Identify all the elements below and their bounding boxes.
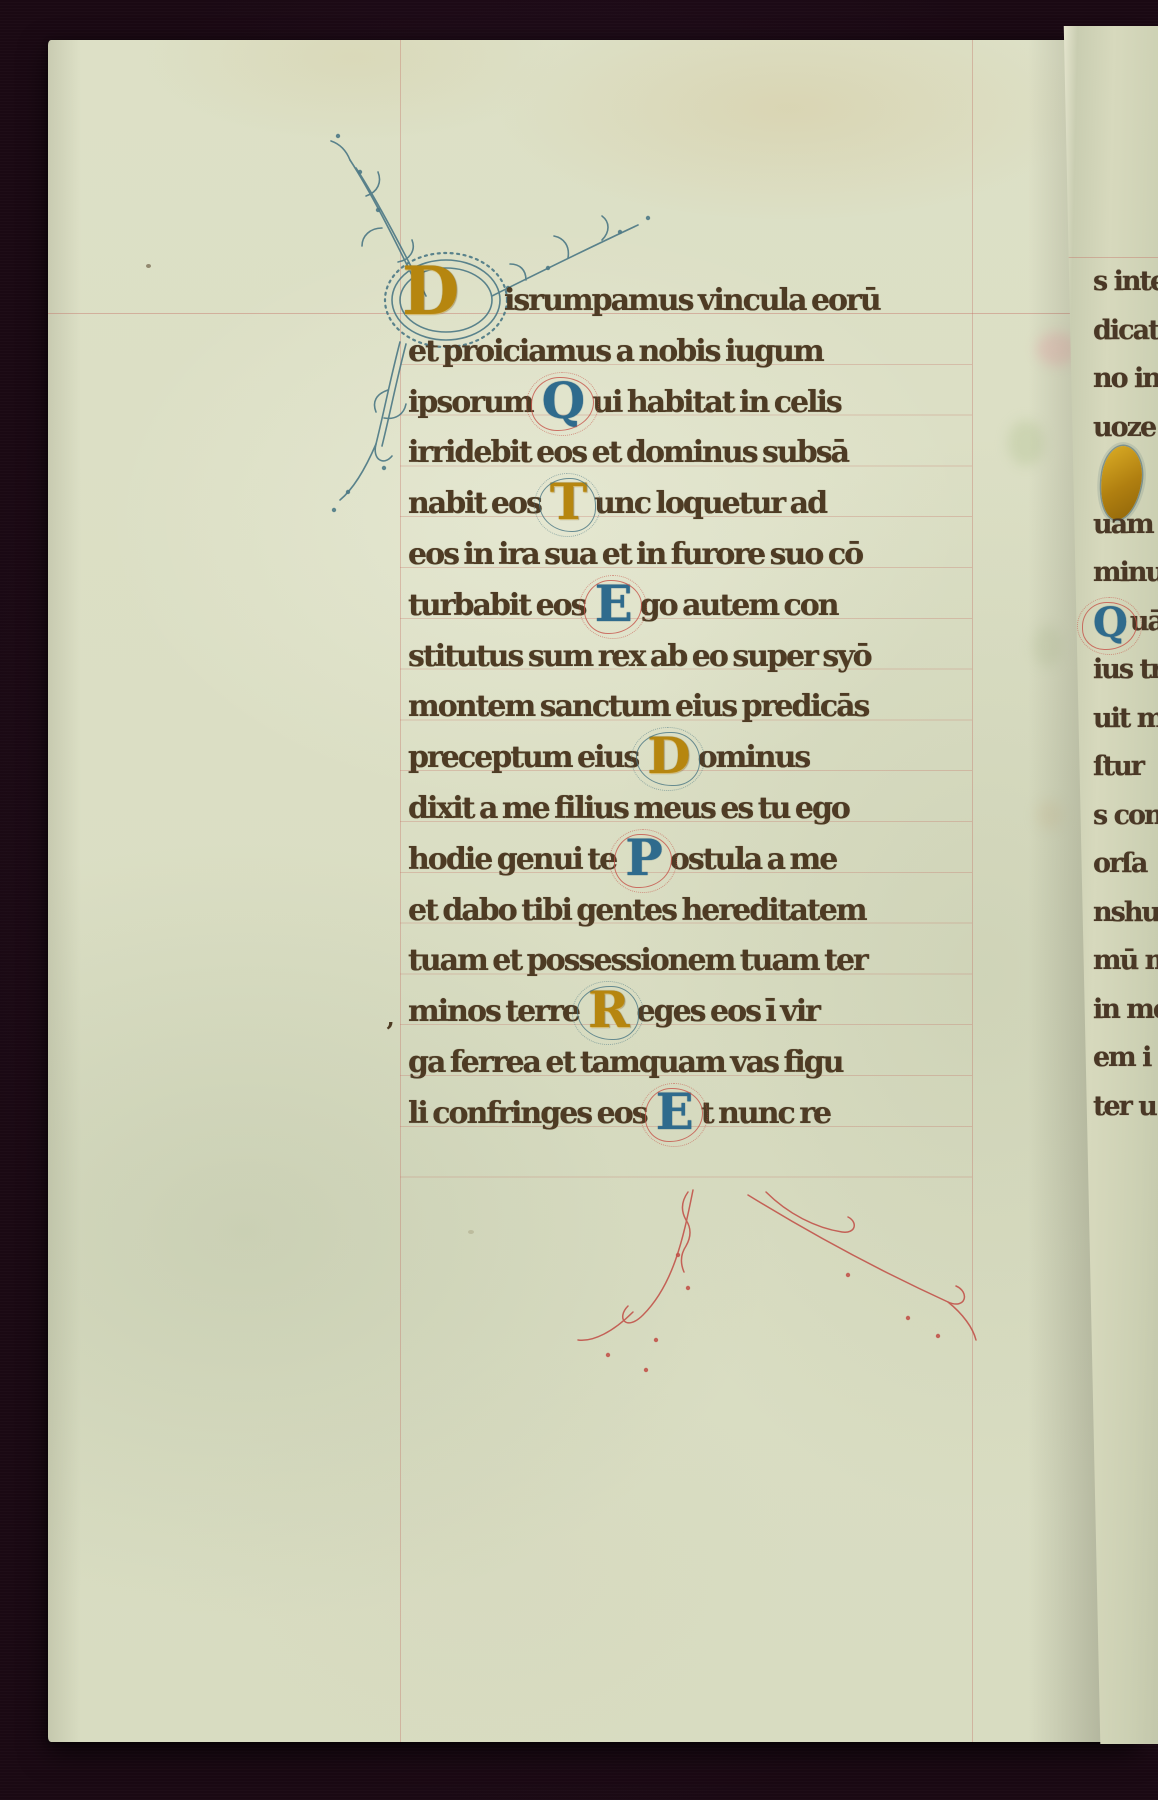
line-text: et proiciamus a nobis iugum — [408, 334, 823, 369]
facing-page-text-fragment: Quā — [1093, 598, 1158, 647]
parchment-speck — [468, 1230, 474, 1234]
ruling-line-vertical-right — [972, 40, 973, 1742]
facing-page-text-fragment: minus — [1093, 549, 1158, 598]
text-line: et proiciamus a nobis iugum — [408, 327, 913, 378]
fragment-text: uoze — [1093, 412, 1155, 443]
facing-page-text-fragment: mū m — [1093, 937, 1158, 986]
line-text: li confringes eos — [408, 1096, 647, 1131]
line-text: nabit eos — [408, 486, 541, 521]
illuminated-initial-E: E — [656, 1092, 694, 1132]
fragment-text: ter u — [1093, 1091, 1156, 1122]
text-line: hodie genui tePostula a me — [408, 835, 913, 886]
line-text: isrumpamus vincula eorū — [504, 283, 880, 318]
illuminated-initial-E: E — [595, 584, 633, 624]
facing-page-text-fragment: uit m — [1093, 695, 1158, 744]
facing-page-text-fragment: ſtur — [1093, 743, 1158, 792]
facing-page-text-fragment: ter u — [1093, 1083, 1158, 1132]
text-line: turbabit eosEgo autem con — [408, 581, 913, 632]
line-text: ominus — [698, 740, 810, 775]
text-line: nabit eosTunc loquetur ad — [408, 479, 913, 530]
facing-page-text-fragment: no inti — [1093, 355, 1158, 404]
fragment-text: s cont — [1093, 800, 1158, 831]
line-text: ui habitat in celis — [592, 385, 841, 420]
facing-page-text-fragments: s inteligdicatis ino intiuozeuam nminusQ… — [1093, 258, 1158, 1131]
line-text: ga ferrea et tamquam vas figu — [408, 1045, 843, 1080]
photograph-backdrop: { "manuscript": { "description_colors": … — [0, 0, 1158, 1800]
illuminated-initial-T: T — [550, 482, 587, 522]
line-text: ostula a me — [670, 842, 837, 877]
fragment-text: uam n — [1093, 509, 1158, 540]
manuscript-page: Disrumpamus vincula eorūet proiciamus a … — [48, 40, 1138, 1742]
parchment-speck — [146, 264, 151, 268]
line-text: ipsorum — [408, 385, 533, 420]
facing-page-text-fragment: em i — [1093, 1034, 1158, 1083]
text-line: irridebit eos et dominus subsā — [408, 428, 913, 479]
text-line: ipsorumQui habitat in celis — [408, 378, 913, 429]
fragment-text: minus — [1093, 557, 1158, 588]
line-text: unc loquetur ad — [594, 486, 826, 521]
illuminated-initial-Q: Q — [542, 381, 586, 421]
text-line: eos in ira sua et in furore suo cō — [408, 530, 913, 581]
text-line: stitutus sum rex ab eo super syō — [408, 632, 913, 683]
text-line: ‚minos terreReges eos ī vir — [408, 987, 913, 1038]
fragment-text: uit m — [1093, 703, 1158, 734]
text-line: preceptum eiusDominus — [408, 733, 913, 784]
facing-page-text-fragment: s intelig — [1093, 258, 1158, 307]
text-line: Disrumpamus vincula eorū — [408, 276, 913, 327]
facing-page-text-fragment: orſa — [1093, 840, 1158, 889]
fragment-text: ius tr — [1093, 654, 1158, 685]
margin-mark: ‚ — [386, 993, 393, 1044]
line-text: go autem con — [640, 588, 838, 623]
facing-page-text-fragment: nshur — [1093, 889, 1158, 938]
line-text: turbabit eos — [408, 588, 586, 623]
facing-page-text-fragment: in meā — [1093, 986, 1158, 1035]
fragment-text: dicatis i — [1093, 315, 1158, 346]
fragment-text: s intelig — [1093, 266, 1158, 297]
line-text: et dabo tibi gentes hereditatem — [408, 893, 866, 928]
text-line: tuam et possessionem tuam ter — [408, 936, 913, 987]
illuminated-initial-D: D — [647, 736, 690, 776]
fragment-text: nshur — [1093, 897, 1158, 928]
fragment-text: mū m — [1093, 945, 1158, 976]
line-text: minos terre — [408, 994, 579, 1029]
line-text: irridebit eos et dominus subsā — [408, 435, 848, 470]
line-text: hodie genui te — [408, 842, 616, 877]
line-text: t nunc re — [701, 1096, 830, 1131]
fragment-text: no inti — [1093, 363, 1158, 394]
facing-page-text-fragment: uoze — [1093, 404, 1158, 453]
text-line: et dabo tibi gentes hereditatem — [408, 886, 913, 937]
text-line: li confringes eosEt nunc re — [408, 1089, 913, 1140]
line-text: tuam et possessionem tuam ter — [408, 943, 867, 978]
line-text: preceptum eius — [408, 740, 638, 775]
line-text: stitutus sum rex ab eo super syō — [408, 639, 871, 674]
illuminated-initial-D: D — [402, 258, 459, 324]
fragment-text: ſtur — [1093, 751, 1143, 782]
line-text: dixit a me filius meus es tu ego — [408, 791, 849, 826]
line-text: eos in ira sua et in furore suo cō — [408, 537, 862, 572]
facing-page-text-fragment — [1093, 452, 1158, 501]
facing-page-text-fragment: dicatis i — [1093, 307, 1158, 356]
illuminated-initial-Q: Q — [1093, 606, 1128, 640]
line-text: eges eos ī vir — [637, 994, 819, 1029]
fragment-text: in meā — [1093, 994, 1158, 1025]
illuminated-initial-P: P — [625, 838, 663, 878]
facing-page-text-fragment: uam n — [1093, 501, 1158, 550]
illuminated-initial-R: R — [588, 990, 630, 1030]
fragment-text: em i — [1093, 1042, 1150, 1073]
text-block: Disrumpamus vincula eorūet proiciamus a … — [408, 276, 913, 1140]
facing-page-text-fragment: s cont — [1093, 792, 1158, 841]
line-text: montem sanctum eius predicās — [408, 689, 868, 724]
fragment-text: orſa — [1093, 848, 1146, 879]
